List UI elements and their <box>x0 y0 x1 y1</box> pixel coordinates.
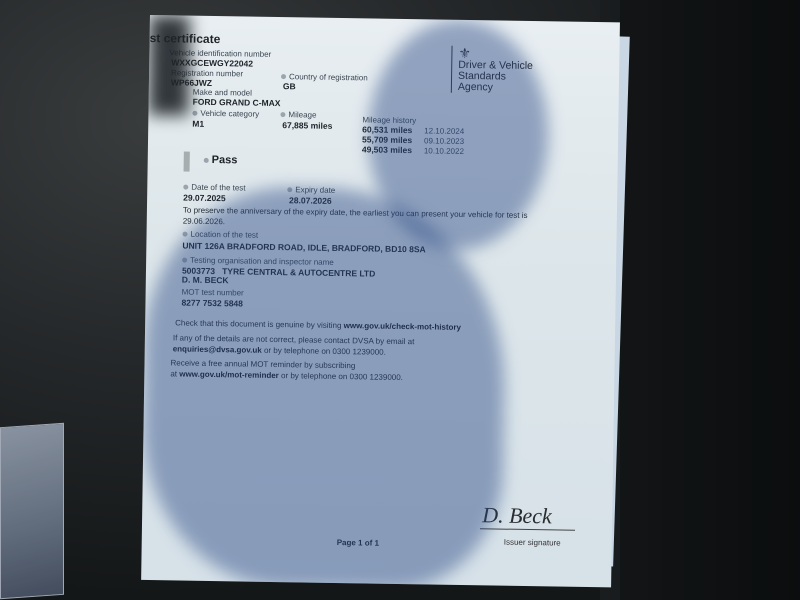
bullet-icon <box>182 258 187 263</box>
test-number-value: 8277 7532 5848 <box>181 298 243 309</box>
mileage-history-date-1: 09.10.2023 <box>424 136 464 146</box>
anniversary-note: To preserve the anniversary of the expir… <box>183 205 543 233</box>
inspector-value: D. M. BECK <box>182 275 229 286</box>
result-text: Pass <box>212 154 238 166</box>
category-label: Vehicle category <box>192 109 259 119</box>
logo-text: Driver & Vehicle Standards Agency <box>458 60 533 94</box>
mileage-history-miles-2: 49,503 miles <box>362 144 412 155</box>
contact-email-link[interactable]: enquiries@dvsa.gov.uk <box>173 344 262 354</box>
plastic-pouch <box>0 423 64 599</box>
dvsa-logo: ⚜ Driver & Vehicle Standards Agency <box>451 46 533 94</box>
mileage-history-date-0: 12.10.2024 <box>424 126 464 136</box>
mileage-history-date-2: 10.10.2022 <box>424 146 464 156</box>
contact-phone: or by telephone on 0300 1239000. <box>262 346 386 357</box>
certificate-title: st certificate <box>150 31 221 46</box>
reg-value: WP66JWZ <box>171 77 212 88</box>
category-value: M1 <box>192 119 204 129</box>
country-label-text: Country of registration <box>289 72 368 82</box>
reminder-phone: or by telephone on 0300 1239000. <box>279 371 403 382</box>
expiry-label: Expiry date <box>287 185 335 195</box>
issuer-signature: D. Beck <box>482 502 552 529</box>
shadow-area <box>620 0 800 600</box>
bullet-icon <box>192 111 197 116</box>
location-value: UNIT 126A BRADFORD ROAD, IDLE, BRADFORD,… <box>182 241 426 255</box>
expiry-value: 28.07.2026 <box>289 195 332 206</box>
reminder-at: at <box>170 369 179 378</box>
mileage-label-text: Mileage <box>288 110 316 119</box>
test-date-value: 29.07.2025 <box>183 193 226 204</box>
test-date-label: Date of the test <box>183 183 245 193</box>
check-text: Check that this document is genuine by v… <box>175 318 344 330</box>
bullet-icon <box>183 185 188 190</box>
bullet-icon <box>280 112 285 117</box>
bullet-icon <box>287 188 292 193</box>
page-number: Page 1 of 1 <box>337 538 379 548</box>
reminder-line: Receive a free annual MOT reminder by su… <box>170 358 355 370</box>
mot-certificate: st certificate Vehicle identification nu… <box>141 15 620 587</box>
location-label-text: Location of the test <box>190 230 258 240</box>
test-date-label-text: Date of the test <box>191 183 245 193</box>
bullet-icon <box>183 232 188 237</box>
test-result: Pass <box>204 154 238 167</box>
bullet-icon <box>204 157 209 162</box>
reminder-text: Receive a free annual MOT reminder by su… <box>170 357 570 385</box>
reminder-url-link[interactable]: www.gov.uk/mot-reminder <box>179 370 279 381</box>
make-value: FORD GRAND C-MAX <box>193 97 281 108</box>
contact-text: If any of the details are not correct, p… <box>173 332 573 360</box>
signature-line <box>480 528 575 530</box>
signature-label: Issuer signature <box>504 538 561 548</box>
mileage-value: 67,885 miles <box>282 120 332 131</box>
category-label-text: Vehicle category <box>200 109 259 119</box>
bullet-icon <box>281 74 286 79</box>
check-url-link[interactable]: www.gov.uk/check-mot-history <box>344 321 461 332</box>
result-bar <box>184 152 190 172</box>
test-number-label: MOT test number <box>182 288 244 298</box>
check-genuine-text: Check that this document is genuine by v… <box>175 317 575 334</box>
mileage-label: Mileage <box>280 110 316 120</box>
country-value: GB <box>283 81 296 91</box>
vin-value: WXXGCEWGY22042 <box>171 57 253 68</box>
location-label: Location of the test <box>182 230 258 240</box>
expiry-label-text: Expiry date <box>295 185 335 195</box>
